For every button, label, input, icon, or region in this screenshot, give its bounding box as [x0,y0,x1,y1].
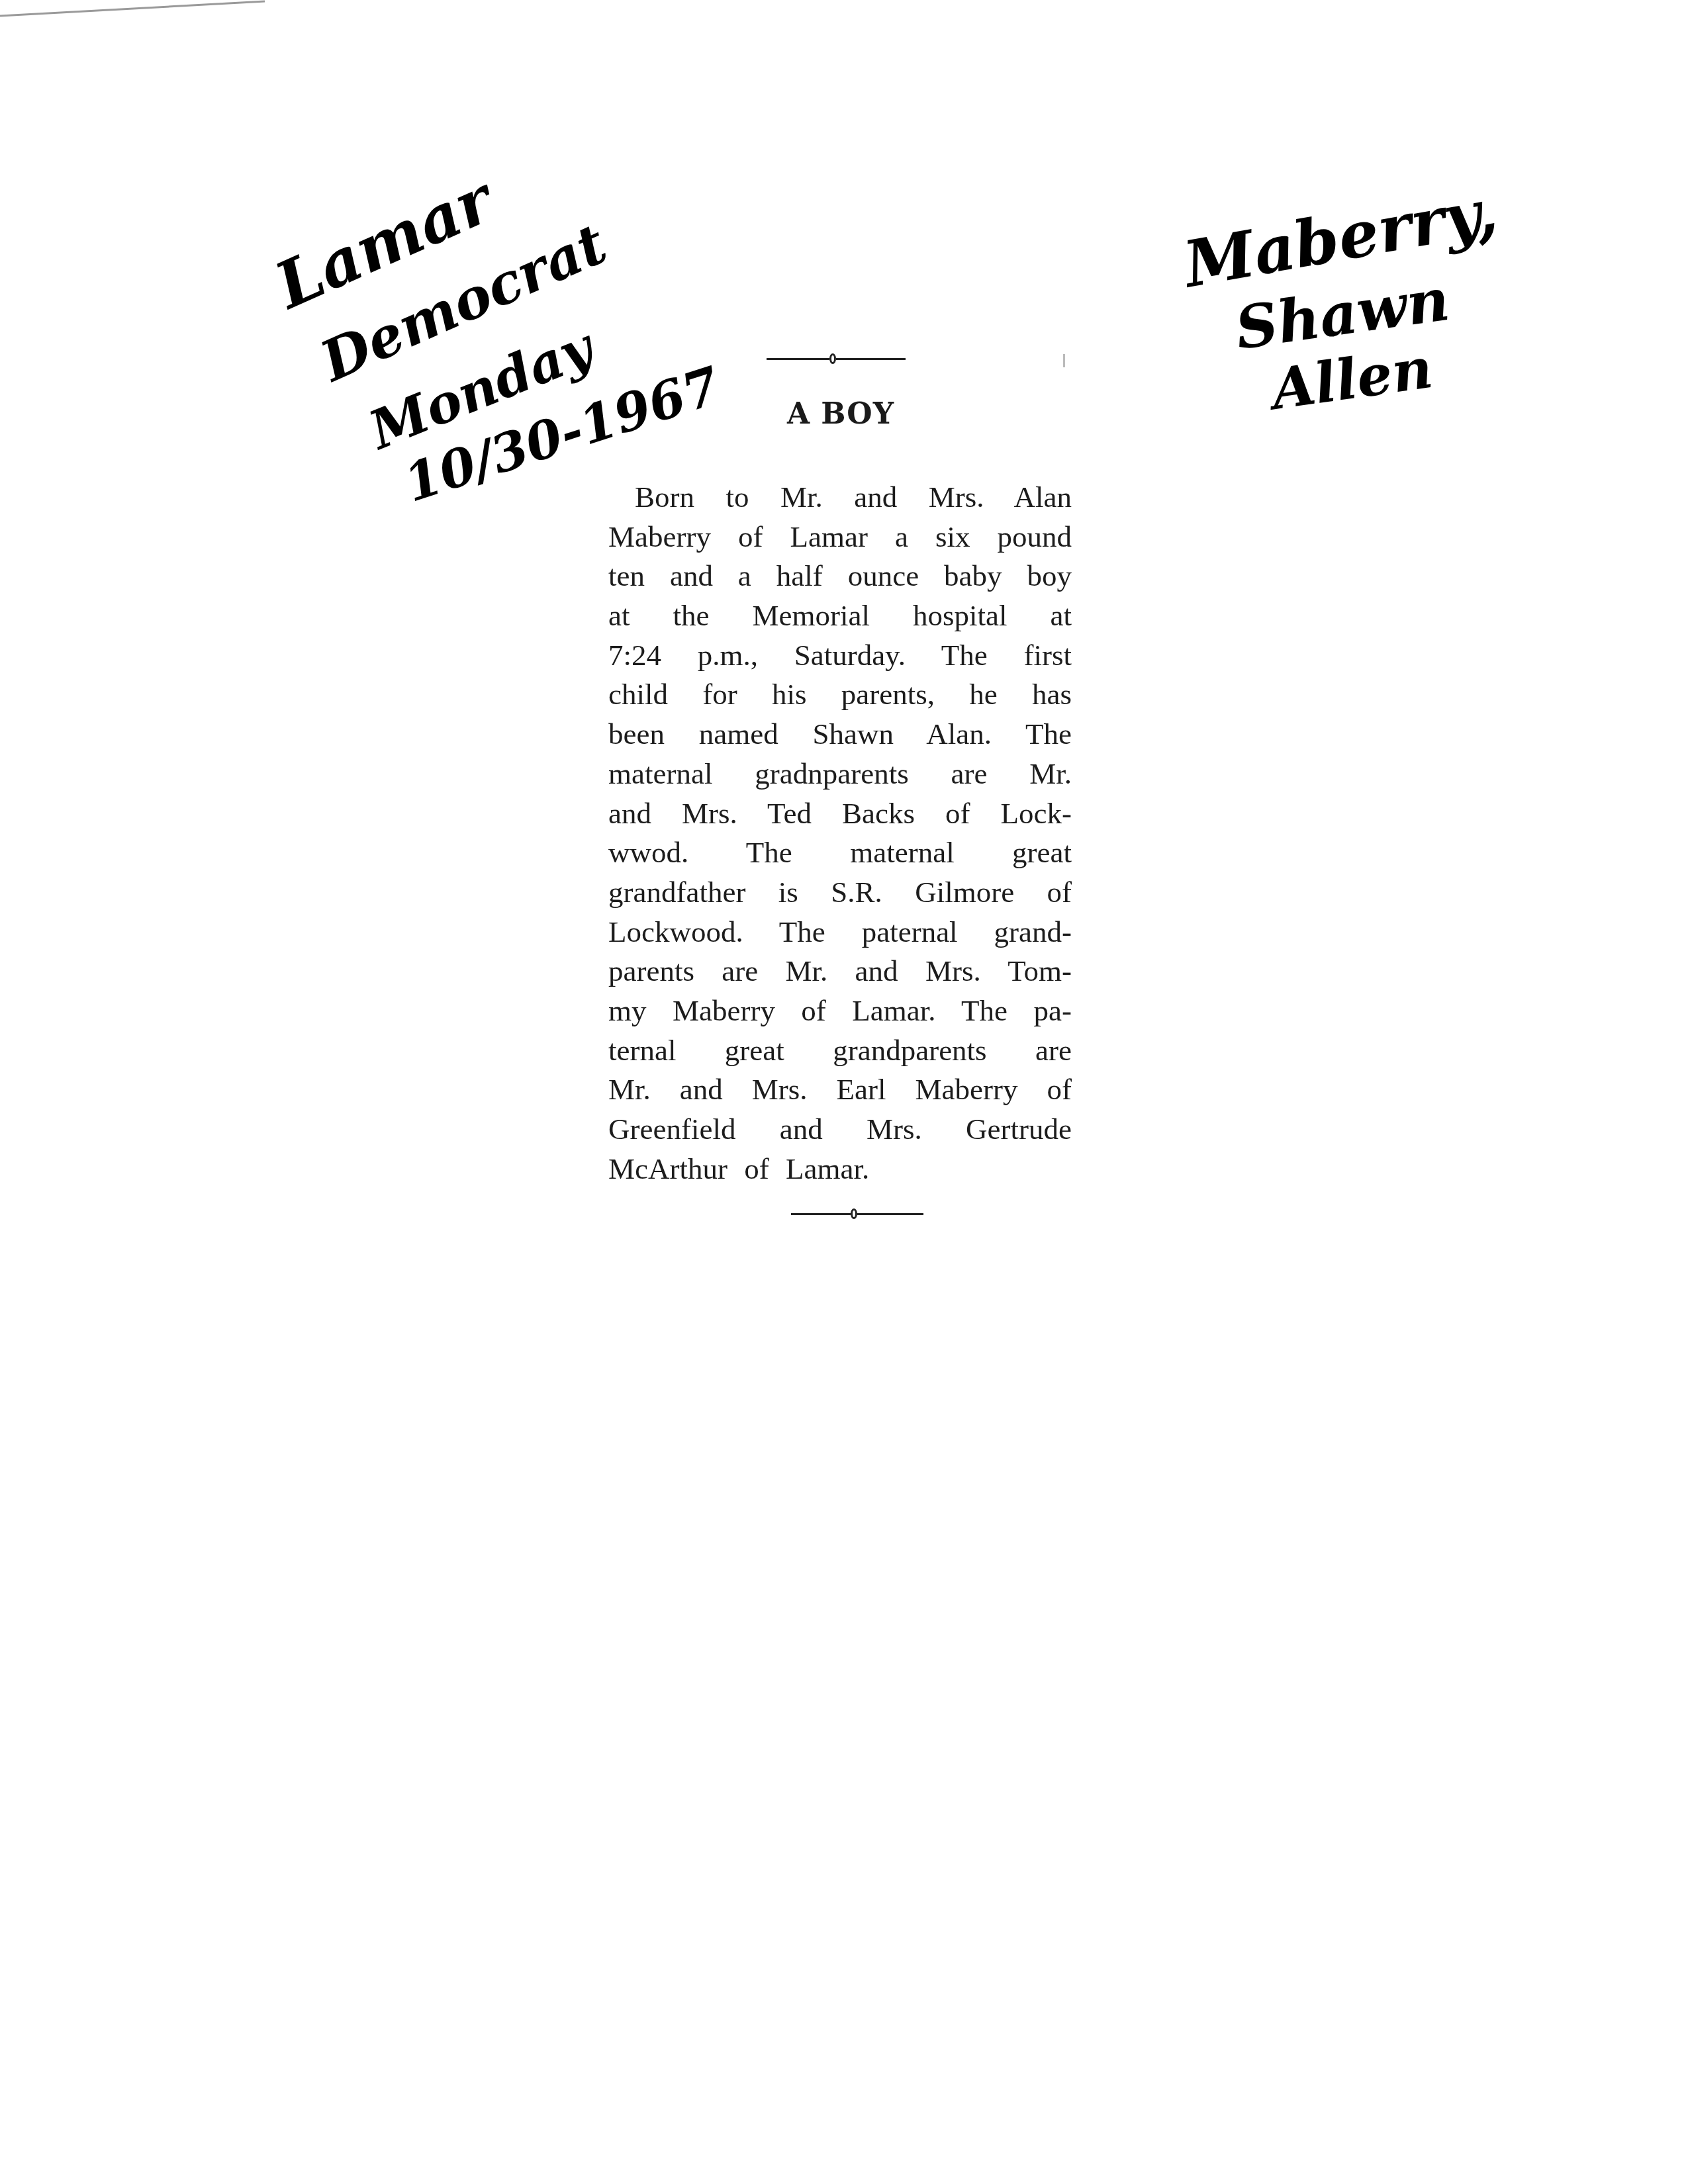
scan-edge-line [0,0,1688,40]
article-line: and Mrs. Ted Backs of Lock- [608,794,1072,834]
article-line: 7:24 p.m., Saturday. The first [608,636,1072,676]
article-line: wwod. The maternal great [608,833,1072,873]
article-line: Lockwood. The paternal grand- [608,913,1072,952]
article-line: Greenfield and Mrs. Gertrude [608,1110,1072,1150]
article-line: at the Memorial hospital at [608,596,1072,636]
article-line: grandfather is S.R. Gilmore of [608,873,1072,913]
clipping-headline: A BOY [728,397,953,431]
article-line: ternal great grandparents are [608,1031,1072,1071]
article-line: parents are Mr. and Mrs. Tom- [608,952,1072,991]
article-line: Mr. and Mrs. Earl Maberry of [608,1070,1072,1110]
scan-speck [1063,354,1065,367]
top-divider-ornament [767,352,906,365]
article-line: been named Shawn Alan. The [608,715,1072,754]
article-line: ten and a half ounce baby boy [608,557,1072,596]
article-line: Maberry of Lamar a six pound [608,518,1072,557]
article-line: McArthur of Lamar. [608,1150,1072,1189]
article-line: maternal gradnparents are Mr. [608,754,1072,794]
bottom-divider-ornament [791,1207,923,1220]
clipping-body: Born to Mr. and Mrs. AlanMaberry of Lama… [608,478,1072,1189]
article-line: my Maberry of Lamar. The pa- [608,991,1072,1031]
article-line: child for his parents, he has [608,675,1072,715]
article-line: Born to Mr. and Mrs. Alan [608,478,1072,518]
